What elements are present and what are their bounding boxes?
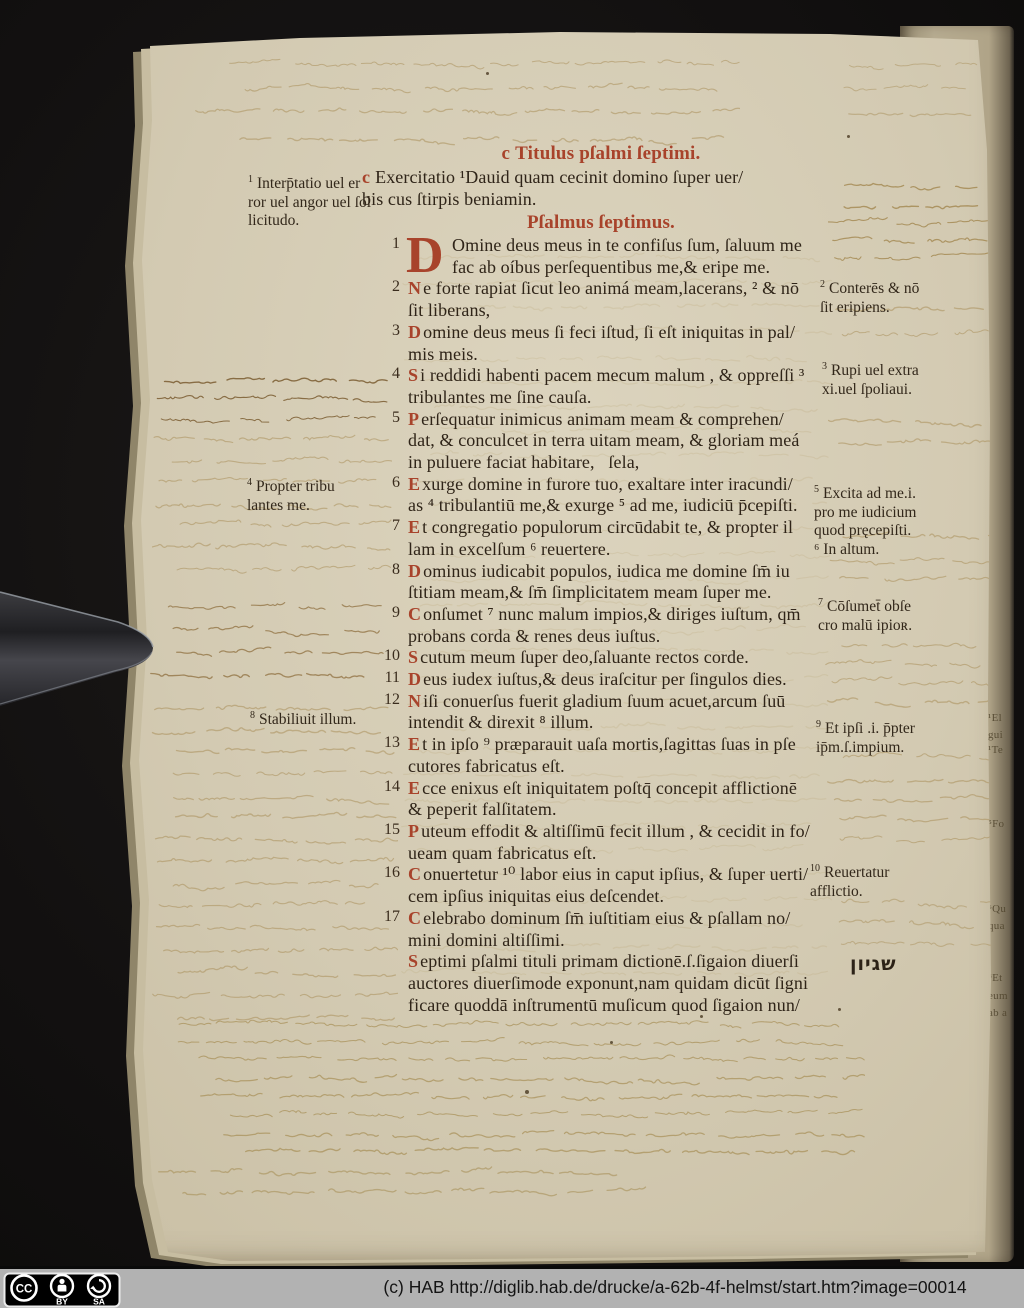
verse-row: 1DOmine deus meus in te confiſus ſum, ſa… (362, 235, 840, 278)
verse-row: 17Celebrabo dominum ſm̄ iuſtitiam eius &… (362, 908, 840, 951)
verse-line: dat, & conculcet in terra uitam meam, & … (408, 430, 840, 452)
verse-initial: E (408, 734, 420, 754)
margin-note-line: 7Cōſumet̄ obſe (818, 594, 912, 617)
verse-list: 1DOmine deus meus in te confiſus ſum, ſa… (362, 235, 840, 1016)
verse-row: 2Ne forte rapiat ſicut leo animá meam,la… (362, 278, 840, 321)
handwriting-region (195, 55, 740, 155)
footer-bar: CC BY SA (c) HAB http://diglib.hab.de/dr… (0, 1266, 1024, 1308)
note-reference-number: 3 (822, 361, 827, 372)
verse-line: tribulantes me ſine cauſa. (408, 387, 840, 409)
verse-number: 16 (362, 864, 400, 882)
verse-number: 14 (362, 778, 400, 796)
verse-number: 6 (362, 474, 400, 492)
verse-line: Scutum meum ſuper deo,ſaluante rectos co… (408, 647, 840, 669)
verse-line: cem ipſius iniquitas eius deſcendet. (408, 886, 840, 908)
handwriting-region (165, 1015, 865, 1163)
verse-line: Septimi pſalmi tituli primam dictionē.ſ.… (408, 951, 840, 973)
verse-line: Omine deus meus in te confiſus ſum, ſalu… (452, 235, 840, 257)
handwriting-region (820, 896, 1005, 956)
handwriting-region (150, 1165, 650, 1205)
margin-note-line: 5Excita ad me.i. (814, 481, 916, 504)
margin-note-line: 3Rupi uel extra (822, 358, 919, 381)
verse-line: Perſequatur inimicus animam meam & compr… (408, 409, 840, 431)
verse-initial: D (408, 322, 421, 342)
margin-note-line: pro me iudicium (814, 504, 916, 523)
verse-line: Deus iudex iuſtus,& deus iraſcitur per ſ… (408, 669, 840, 691)
verse-initial: C (408, 604, 421, 624)
verse-line: probans corda & renes deus iuſtus. (408, 626, 840, 648)
margin-note-line: 2Conterēs & nō (820, 276, 919, 299)
verse-number: 12 (362, 691, 400, 709)
verse-line: in puluere faciat habitare, ſela, (408, 452, 840, 474)
verse-number: 7 (362, 517, 400, 535)
handwriting-region (822, 752, 1007, 852)
margin-note-line: quod pręcepiſti. (814, 522, 916, 541)
note-reference-number: 4 (247, 477, 252, 488)
verse-line: auctores diuerſimode exponunt,nam quidam… (408, 973, 840, 995)
verse-number: 10 (362, 647, 400, 665)
verse-initial: D (408, 561, 421, 581)
next-page-text-fragment: ab a (988, 1007, 1007, 1019)
verse-line: Celebrabo dominum ſm̄ iuſtitiam eius & p… (408, 908, 840, 930)
next-page-text-fragment: ⁶Qu (988, 903, 1006, 915)
verse-row: 8Dominus iudicabit populos, iudica me do… (362, 561, 840, 604)
verse-line: Et in ipſo ⁹ præparauit uaſa mortis,ſagi… (408, 734, 840, 756)
verse-initial: D (408, 669, 421, 689)
margin-note-line: ip̄m.ſ.impium. (816, 739, 915, 758)
verse-line: mini domini altiſſimi. (408, 930, 840, 952)
ink-speck (700, 1015, 703, 1018)
verse-row: 3Domine deus meus ſi feci iſtud, ſi eſt … (362, 322, 840, 365)
verse-initial: C (408, 908, 421, 928)
verse-line: ſit liberans, (408, 300, 840, 322)
note-reference-number: 7 (818, 597, 823, 608)
margin-note-line: ſit eripiens. (820, 299, 919, 318)
margin-note: 9Et ipſi .i. p̄pterip̄m.ſ.impium. (816, 716, 915, 757)
verse-line: intendit & direxit ⁸ illum. (408, 712, 840, 734)
handwriting-region (828, 412, 1008, 460)
margin-note-line: 1Interp̄tatio uel er (248, 171, 371, 194)
verse-line: ueam quam fabricatus eſt. (408, 843, 840, 865)
drop-cap-initial: D (406, 233, 444, 279)
next-page-text-fragment: eum (988, 990, 1008, 1002)
note-reference-number: 8 (250, 710, 255, 721)
verse-row: 15Puteum effodit & altiſſimū fecit illum… (362, 821, 840, 864)
verse-line: Et congregatio populorum circūdabit te, … (408, 517, 840, 539)
margin-note-line: afflictio. (810, 883, 889, 902)
verse-number: 17 (362, 908, 400, 926)
verse-initial: E (408, 778, 420, 798)
intro-line: cExercitatio ¹Dauid quam cecinit domino … (362, 166, 840, 188)
note-reference-number: 5 (814, 484, 819, 495)
verse-line: mis meis. (408, 344, 840, 366)
ink-speck (838, 1008, 841, 1011)
verse-line: Si reddidi habenti pacem mecum malum , &… (408, 365, 840, 387)
page-clamp (0, 578, 175, 723)
note-reference-number: 10 (810, 863, 820, 874)
verse-line: as ⁴ tribulantiū me,& exurge ⁵ ad me, iu… (408, 495, 840, 517)
verse-line: Domine deus meus ſi feci iſtud, ſi eſt i… (408, 322, 840, 344)
margin-note-line: 10Reuertatur (810, 860, 889, 883)
intro-line: bis cus ſtirpis beniamin. (362, 188, 840, 210)
verse-row: 14Ecce enixus eſt iniquitatem poſtq̄ con… (362, 778, 840, 821)
ink-speck (847, 135, 850, 138)
verse-row: 6Exurge domine in furore tuo, exaltare i… (362, 474, 840, 517)
verse-initial: N (408, 691, 421, 711)
verse-number: 3 (362, 322, 400, 340)
verse-line: lam in excelſum ⁶ reuertere. (408, 539, 840, 561)
verse-row: 9Conſumet ⁷ nunc malum impios,& diriges … (362, 604, 840, 647)
printed-text-block: cTitulus pſalmi ſeptimi. cExercitatio ¹D… (362, 141, 840, 1016)
margin-note: 7Cōſumet̄ obſecro malū ipioʀ. (818, 594, 912, 635)
pilcrow-icon: c (502, 143, 511, 164)
verse-row: 4Si reddidi habenti pacem mecum malum , … (362, 365, 840, 408)
verse-initial: P (408, 409, 419, 429)
verse-line: & peperit falſitatem. (408, 799, 840, 821)
verse-row: 5Perſequatur inimicus animam meam & comp… (362, 409, 840, 474)
verse-initial: E (408, 474, 420, 494)
verse-initial: P (408, 821, 419, 841)
verse-line: ficare quoddā inſtrumentū muſicum quod ſ… (408, 995, 840, 1017)
verse-row: 10Scutum meum ſuper deo,ſaluante rectos … (362, 647, 840, 669)
margin-note-line: ror uel angor uel ſol (248, 194, 371, 213)
verse-number: 11 (362, 669, 400, 687)
verse-line: Conſumet ⁷ nunc malum impios,& diriges i… (408, 604, 840, 626)
verse-line: ſtitiam meam,& ſm̄ ſimplicitatem meam ſu… (408, 582, 840, 604)
margin-note-line: lantes me. (247, 497, 335, 516)
next-page-text-fragment: ¹El (988, 712, 1002, 724)
scanned-book-photo: ¹Elgui¹Te⁵Fo⁶Ququa⁸Eteumab a cTitulus pſ… (0, 0, 1024, 1266)
verse-row: 16Conuertetur ¹⁰ labor eius in caput ipſ… (362, 864, 840, 907)
verse-row: 7Et congregatio populorum circūdabit te,… (362, 517, 840, 560)
margin-note: 8Stabiliuit illum. (250, 707, 356, 730)
ink-speck (486, 72, 489, 75)
verse-initial: S (408, 647, 418, 667)
margin-note: 3Rupi uel extraxi.uel ſpoliaui. (822, 358, 919, 399)
margin-note: 10Reuertaturafflictio. (810, 860, 889, 901)
margin-note-line: ⁶ In altum. (814, 541, 916, 560)
verse-number: 13 (362, 734, 400, 752)
verse-line: Exurge domine in furore tuo, exaltare in… (408, 474, 840, 496)
handwriting-region (824, 636, 1009, 712)
handwriting-region (150, 372, 388, 428)
hebrew-gloss: שגיון (850, 953, 897, 975)
next-page-text-fragment: ⁵Fo (988, 818, 1004, 830)
verse-number: 15 (362, 821, 400, 839)
margin-note-line: 4Propter tribu (247, 474, 335, 497)
verse-line: Dominus iudicabit populos, iudica me dom… (408, 561, 840, 583)
verse-number: 2 (362, 278, 400, 296)
verse-number: 9 (362, 604, 400, 622)
verse-number: 1 (362, 235, 400, 253)
margin-note-line: 8Stabiliuit illum. (250, 707, 356, 730)
verse-number: 4 (362, 365, 400, 383)
verse-initial: N (408, 278, 421, 298)
verse-line: Ecce enixus eſt iniquitatem poſtq̄ conce… (408, 778, 840, 800)
verse-row: 11Deus iudex iuſtus,& deus iraſcitur per… (362, 669, 840, 691)
margin-note-line: 9Et ipſi .i. p̄pter (816, 716, 915, 739)
verse-row: 12Niſi conuerſus fuerit gladium ſuum acu… (362, 691, 840, 734)
note-reference-number: 9 (816, 719, 821, 730)
cc-by-label: BY (56, 1297, 68, 1307)
verse-line: Niſi conuerſus fuerit gladium ſuum acuet… (408, 691, 840, 713)
verse-row: 13Et in ipſo ⁹ præparauit uaſa mortis,ſa… (362, 734, 840, 777)
handwriting-region (150, 700, 398, 1030)
verse-number: 8 (362, 561, 400, 579)
note-reference-number: 2 (820, 279, 825, 290)
next-page-text-fragment: ¹Te (988, 744, 1003, 756)
margin-note-line: xi.uel ſpoliaui. (822, 381, 919, 400)
handwriting-region (148, 598, 388, 688)
verse-line: cutores fabricatus eſt. (408, 756, 840, 778)
ink-speck (525, 1090, 529, 1094)
next-page-text-fragment: qua (988, 920, 1005, 932)
intro-paragraph: cExercitatio ¹Dauid quam cecinit domino … (362, 166, 840, 210)
svg-text:CC: CC (16, 1284, 33, 1296)
cc-license-badge: CC BY SA (3, 1272, 121, 1308)
margin-note: 5Excita ad me.i.pro me iudiciumquod pręc… (814, 481, 916, 559)
credit-text: (c) HAB http://diglib.hab.de/drucke/a-62… (330, 1277, 1020, 1298)
verse-initial: C (408, 864, 421, 884)
margin-note-line: cro malū ipioʀ. (818, 617, 912, 636)
handwriting-region (828, 178, 993, 268)
verse-row: Septimi pſalmi tituli primam dictionē.ſ.… (362, 951, 840, 1016)
next-page-text-fragment: gui (988, 729, 1003, 741)
margin-note: 1Interp̄tatio uel error uel angor uel ſo… (248, 171, 371, 231)
verse-line: fac ab oíbus perſequentibus me,& eripe m… (452, 257, 840, 279)
margin-note: 4Propter tribulantes me. (247, 474, 335, 515)
verse-initial: S (408, 365, 418, 385)
verse-initial: E (408, 517, 420, 537)
handwriting-region (842, 58, 982, 128)
margin-note: 2Conterēs & nōſit eripiens. (820, 276, 919, 317)
verse-line: Ne forte rapiat ſicut leo animá meam,lac… (408, 278, 840, 300)
note-reference-number: 1 (248, 174, 253, 185)
margin-note-line: licitudo. (248, 212, 371, 231)
verse-initial: S (408, 951, 418, 971)
screenshot-root: { "document": { "headings": { "title_pil… (0, 0, 1024, 1308)
psalm-title-heading: cTitulus pſalmi ſeptimi. (362, 141, 840, 166)
ink-speck (610, 1041, 613, 1044)
cc-sa-label: SA (93, 1297, 105, 1307)
verse-line: Puteum effodit & altiſſimū fecit illum ,… (408, 821, 840, 843)
verse-line: Conuertetur ¹⁰ labor eius in caput ipſiu… (408, 864, 840, 886)
verse-number: 5 (362, 409, 400, 427)
